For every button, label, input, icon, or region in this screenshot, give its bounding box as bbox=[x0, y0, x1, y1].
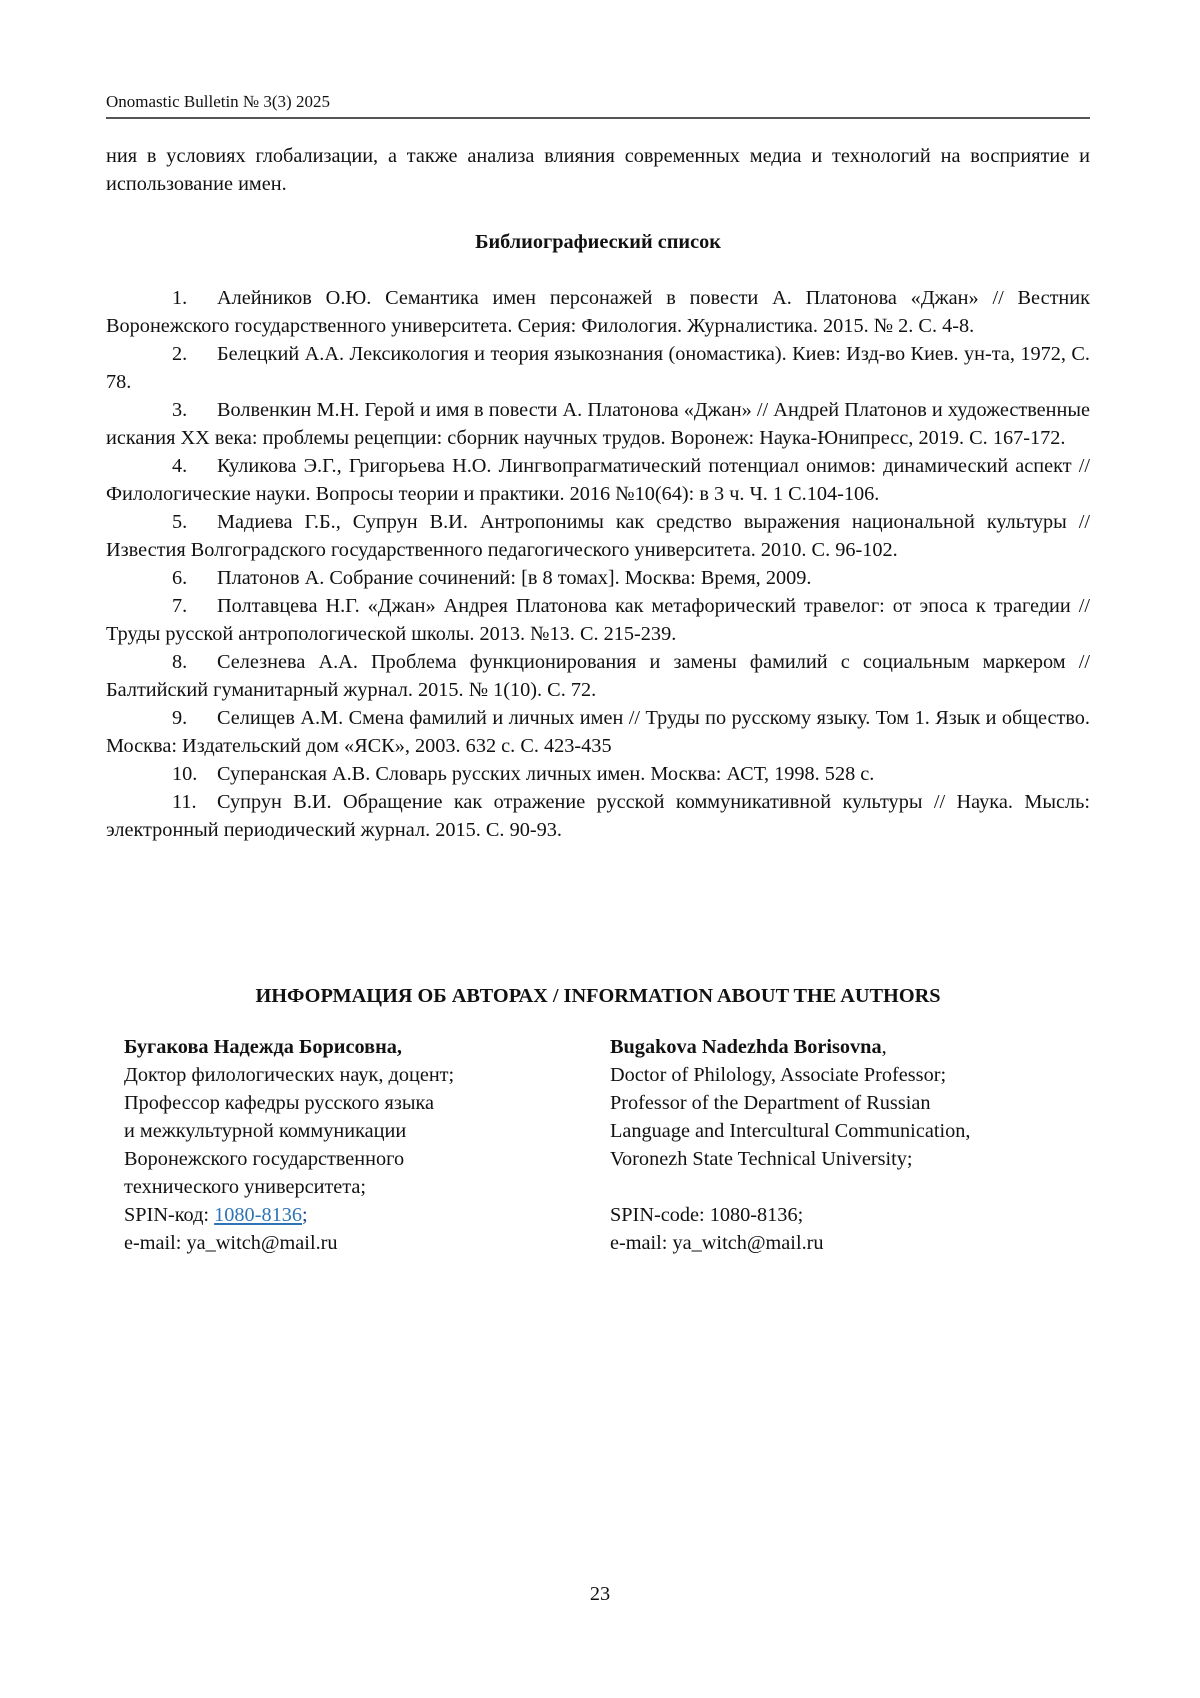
bibliography-item: 7.Полтавцева Н.Г. «Джан» Андрея Платонов… bbox=[106, 592, 1090, 648]
author-degree-ru: Доктор филологических наук, доцент; bbox=[124, 1061, 594, 1089]
item-number: 9. bbox=[172, 704, 217, 732]
item-number: 4. bbox=[172, 452, 217, 480]
blank-line bbox=[610, 1173, 1080, 1201]
item-text: Супрун В.И. Обращение как отражение русс… bbox=[106, 791, 1090, 841]
bibliography-item: 1.Алейников О.Ю. Семантика имен персонаж… bbox=[106, 284, 1090, 340]
item-text: Платонов А. Собрание сочинений: [в 8 том… bbox=[217, 567, 811, 589]
spin-code-link[interactable]: 1080-8136 bbox=[214, 1204, 302, 1226]
item-text: Селищев А.М. Смена фамилий и личных имен… bbox=[106, 707, 1090, 757]
author-info-russian: Бугакова Надежда Борисовна, Доктор филол… bbox=[124, 1033, 594, 1257]
running-header: Onomastic Bulletin № 3(3) 2025 bbox=[106, 92, 1090, 119]
author-university-ru: Воронежского государственного bbox=[124, 1145, 594, 1173]
item-text: Полтавцева Н.Г. «Джан» Андрея Платонова … bbox=[106, 595, 1090, 645]
bibliography-list: 1.Алейников О.Ю. Семантика имен персонаж… bbox=[106, 284, 1090, 844]
item-number: 3. bbox=[172, 396, 217, 424]
author-info-english: Bugakova Nadezhda Borisovna, Doctor of P… bbox=[610, 1033, 1080, 1257]
item-number: 6. bbox=[172, 564, 217, 592]
item-text: Селезнева А.А. Проблема функционирования… bbox=[106, 651, 1090, 701]
item-number: 11. bbox=[172, 788, 217, 816]
item-number: 8. bbox=[172, 648, 217, 676]
author-position-ru-cont: и межкультурной коммуникации bbox=[124, 1117, 594, 1145]
bibliography-item: 10.Суперанская А.В. Словарь русских личн… bbox=[106, 760, 1090, 788]
item-number: 10. bbox=[172, 760, 217, 788]
author-university-ru-cont: технического университета; bbox=[124, 1173, 594, 1201]
bibliography-heading: Библиографиеский список bbox=[106, 228, 1090, 256]
page-number: 23 bbox=[0, 1580, 1200, 1608]
intro-paragraph: ния в условиях глобализации, а также ана… bbox=[106, 142, 1090, 198]
authors-heading: ИНФОРМАЦИЯ ОБ АВТОРАХ / INFORMATION ABOU… bbox=[106, 982, 1090, 1010]
author-spin-en: SPIN-code: 1080-8136; bbox=[610, 1201, 1080, 1229]
bibliography-item: 8.Селезнева А.А. Проблема функционирован… bbox=[106, 648, 1090, 704]
author-position-en-cont: Language and Intercultural Communication… bbox=[610, 1117, 1080, 1145]
item-text: Суперанская А.В. Словарь русских личных … bbox=[217, 763, 874, 785]
item-number: 1. bbox=[172, 284, 217, 312]
item-number: 2. bbox=[172, 340, 217, 368]
author-degree-en: Doctor of Philology, Associate Professor… bbox=[610, 1061, 1080, 1089]
item-text: Куликова Э.Г., Григорьева Н.О. Лингвопра… bbox=[106, 455, 1090, 505]
journal-title: Onomastic Bulletin № 3(3) 2025 bbox=[106, 92, 1090, 112]
item-number: 5. bbox=[172, 508, 217, 536]
author-name-en: Bugakova Nadezhda Borisovna bbox=[610, 1036, 882, 1058]
author-name-en-suffix: , bbox=[882, 1036, 887, 1058]
item-text: Белецкий А.А. Лексикология и теория язык… bbox=[106, 343, 1090, 393]
bibliography-item: 4.Куликова Э.Г., Григорьева Н.О. Лингвоп… bbox=[106, 452, 1090, 508]
item-text: Мадиева Г.Б., Супрун В.И. Антропонимы ка… bbox=[106, 511, 1090, 561]
bibliography-item: 11.Супрун В.И. Обращение как отражение р… bbox=[106, 788, 1090, 844]
item-text: Алейников О.Ю. Семантика имен персонажей… bbox=[106, 287, 1090, 337]
author-position-ru: Профессор кафедры русского языка bbox=[124, 1089, 594, 1117]
author-name-ru: Бугакова Надежда Борисовна, bbox=[124, 1033, 594, 1061]
bibliography-item: 5.Мадиева Г.Б., Супрун В.И. Антропонимы … bbox=[106, 508, 1090, 564]
item-text: Волвенкин М.Н. Герой и имя в повести А. … bbox=[106, 399, 1090, 449]
author-email-en: e-mail: ya_witch@mail.ru bbox=[610, 1229, 1080, 1257]
bibliography-item: 6.Платонов А. Собрание сочинений: [в 8 т… bbox=[106, 564, 1090, 592]
author-email-ru: e-mail: ya_witch@mail.ru bbox=[124, 1229, 594, 1257]
author-university-en: Voronezh State Technical University; bbox=[610, 1145, 1080, 1173]
author-name-en-line: Bugakova Nadezhda Borisovna, bbox=[610, 1033, 1080, 1061]
bibliography-item: 3.Волвенкин М.Н. Герой и имя в повести А… bbox=[106, 396, 1090, 452]
bibliography-item: 2.Белецкий А.А. Лексикология и теория яз… bbox=[106, 340, 1090, 396]
author-spin-ru: SPIN-код: 1080-8136; bbox=[124, 1201, 594, 1229]
spin-label: SPIN-код: bbox=[124, 1204, 214, 1226]
item-number: 7. bbox=[172, 592, 217, 620]
author-position-en: Professor of the Department of Russian bbox=[610, 1089, 1080, 1117]
bibliography-item: 9.Селищев А.М. Смена фамилий и личных им… bbox=[106, 704, 1090, 760]
spin-suffix: ; bbox=[302, 1204, 308, 1226]
